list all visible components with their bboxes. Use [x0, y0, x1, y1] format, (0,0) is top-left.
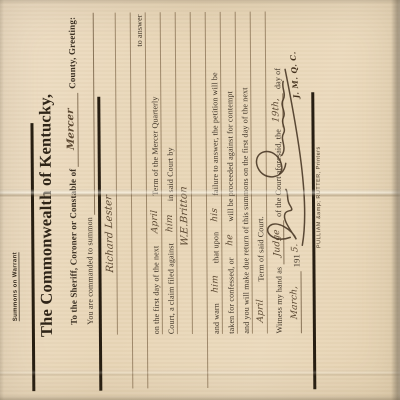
warn-pronoun1-handwritten: him [211, 275, 220, 294]
to-answer-line: to answer [132, 12, 149, 388]
county-handwritten: Mercer [66, 109, 77, 151]
top-rule [30, 123, 35, 391]
scanned-summons-photo: Summons on Warrant The Commonwealth of K… [0, 0, 400, 400]
header-rule [97, 97, 102, 391]
confessed-line: taken for confessed, or he will be proce… [222, 12, 238, 334]
blank-write-line [192, 12, 209, 388]
addressee-suffix: County, Greeting: [68, 15, 79, 93]
warn-pronoun1-blank: him [211, 267, 221, 301]
term-month-blank: April [151, 200, 161, 244]
confessed-pronoun-handwritten: he [226, 234, 235, 246]
first-day-line: on the first day of the next April Term … [147, 12, 163, 334]
claim-prefix: Court, a claim filed against [167, 241, 177, 334]
claim-pronoun-blank: him [166, 205, 176, 241]
addressee-prefix: To the Sheriff, Coroner or Constable of [69, 167, 80, 325]
return-month-handwritten: April [256, 299, 266, 323]
claim-suffix: in said Court by [167, 145, 176, 205]
return-month-blank: April [257, 288, 267, 334]
command-blank [93, 13, 95, 215]
confessed-pronoun-blank: he [226, 225, 236, 255]
county-blank: Mercer [66, 93, 79, 167]
warn-pronoun2-handwritten: his [211, 207, 220, 222]
document-title: The Commonwealth of Kentucky, [35, 94, 57, 337]
warn-prefix: and warn [213, 301, 222, 334]
defendant-handwritten: Richard Lester [104, 194, 116, 273]
blank-write-line [117, 12, 134, 388]
indent [191, 246, 192, 334]
first-day-suffix: Term of the Mercer Quarterly [151, 94, 161, 199]
to-answer-text: to answer [136, 12, 145, 46]
first-day-prefix: on the first day of the next [152, 244, 162, 335]
warn-suffix: failure to answer, the petition will be [211, 70, 221, 200]
claim-line: Court, a claim filed against him in said… [162, 12, 178, 334]
year-printed: 191 [292, 252, 302, 271]
command-line: You are commanded to summon [81, 13, 96, 325]
term-month-handwritten: April [151, 210, 161, 234]
plaintiff-handwritten: W.E.Britton [179, 186, 190, 247]
warn-line: and warn him that upon his failure to an… [207, 12, 223, 334]
form-margin-label: Summons on Warrant [12, 252, 19, 321]
command-text: You are commanded to summon [86, 215, 96, 325]
plaintiff-line: W.E.Britton [177, 12, 193, 334]
confessed-suffix: will be proceeded against for contempt [226, 89, 236, 225]
claim-pronoun-handwritten: him [166, 214, 175, 233]
confessed-prefix: taken for confessed, or [227, 255, 237, 333]
warn-pronoun2-blank: his [211, 200, 221, 230]
signature-block: J. M. Q. C. [239, 49, 310, 251]
witness-prefix: Witness my hand as [275, 265, 284, 334]
printer-credit: PULLIAM &amp; RUTTER, Printers [315, 115, 322, 279]
month-handwritten: March, [290, 285, 300, 319]
month-blank: March, [291, 271, 302, 333]
addressee-line: To the Sheriff, Coroner or Constable of … [63, 15, 80, 325]
summons-document: Summons on Warrant The Commonwealth of K… [0, 0, 400, 400]
signature-scrawl [239, 49, 310, 251]
warn-mid: that upon [212, 230, 221, 267]
defendant-line: Richard Lester [102, 13, 118, 335]
